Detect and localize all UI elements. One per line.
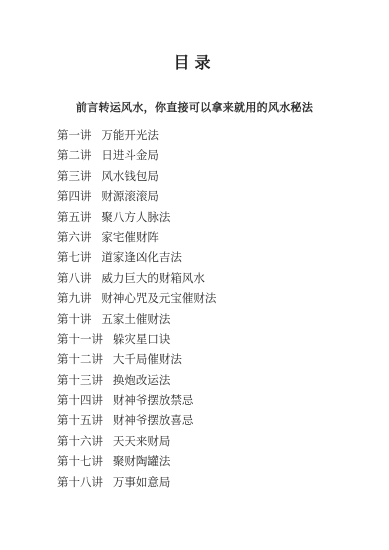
toc-chapter-number: 第十讲 bbox=[57, 310, 92, 330]
toc-chapter-number: 第六讲 bbox=[57, 228, 92, 248]
page-title: 目录 bbox=[0, 0, 389, 73]
toc-chapter-title: 换炮改运法 bbox=[113, 371, 171, 391]
toc-chapter-title: 财神爷摆放喜忌 bbox=[113, 411, 194, 431]
toc-chapter-title: 万能开光法 bbox=[101, 126, 159, 146]
toc-chapter-title: 日进斗金局 bbox=[101, 146, 159, 166]
toc-item: 第二讲 日进斗金局 bbox=[57, 146, 369, 166]
toc-chapter-title: 万事如意局 bbox=[113, 473, 171, 493]
toc-chapter-number: 第二讲 bbox=[57, 146, 92, 166]
toc-item: 第六讲 家宅催财阵 bbox=[57, 228, 369, 248]
toc-item: 第十六讲 天天来财局 bbox=[57, 432, 369, 452]
page-subtitle: 前言转运风水，你直接可以拿来就用的风水秘法 bbox=[0, 73, 389, 115]
toc-chapter-number: 第十三讲 bbox=[57, 371, 103, 391]
toc-chapter-title: 聚财陶罐法 bbox=[113, 452, 171, 472]
toc-item: 第五讲 聚八方人脉法 bbox=[57, 208, 369, 228]
toc-chapter-title: 财神心咒及元宝催财法 bbox=[101, 289, 216, 309]
toc-chapter-title: 躲灾星口诀 bbox=[113, 330, 171, 350]
toc-chapter-number: 第三讲 bbox=[57, 167, 92, 187]
toc-chapter-number: 第七讲 bbox=[57, 248, 92, 268]
toc-item: 第十八讲 万事如意局 bbox=[57, 473, 369, 493]
toc-chapter-title: 威力巨大的财箱风水 bbox=[101, 269, 205, 289]
toc-chapter-number: 第十二讲 bbox=[57, 350, 103, 370]
toc-item: 第九讲 财神心咒及元宝催财法 bbox=[57, 289, 369, 309]
toc-chapter-number: 第八讲 bbox=[57, 269, 92, 289]
toc-item: 第七讲 道家逢凶化吉法 bbox=[57, 248, 369, 268]
toc-item: 第十三讲 换炮改运法 bbox=[57, 371, 369, 391]
toc-item: 第三讲 风水钱包局 bbox=[57, 167, 369, 187]
toc-chapter-number: 第九讲 bbox=[57, 289, 92, 309]
toc-item: 第十五讲 财神爷摆放喜忌 bbox=[57, 411, 369, 431]
toc-item: 第十七讲 聚财陶罐法 bbox=[57, 452, 369, 472]
toc-chapter-number: 第五讲 bbox=[57, 208, 92, 228]
toc-chapter-title: 财源滚滚局 bbox=[101, 187, 159, 207]
toc-chapter-number: 第十六讲 bbox=[57, 432, 103, 452]
toc-item: 第十讲 五家土催财法 bbox=[57, 310, 369, 330]
toc-item: 第十二讲 大千局催财法 bbox=[57, 350, 369, 370]
toc-chapter-title: 聚八方人脉法 bbox=[101, 208, 170, 228]
toc-chapter-title: 家宅催财阵 bbox=[101, 228, 159, 248]
toc-item: 第一讲 万能开光法 bbox=[57, 126, 369, 146]
toc-chapter-title: 天天来财局 bbox=[113, 432, 171, 452]
toc-item: 第四讲 财源滚滚局 bbox=[57, 187, 369, 207]
toc-chapter-number: 第十五讲 bbox=[57, 411, 103, 431]
document-page: 目录 前言转运风水，你直接可以拿来就用的风水秘法 第一讲 万能开光法 第二讲 日… bbox=[0, 0, 389, 550]
toc-chapter-title: 道家逢凶化吉法 bbox=[101, 248, 182, 268]
toc-item: 第十一讲 躲灾星口诀 bbox=[57, 330, 369, 350]
toc-chapter-number: 第四讲 bbox=[57, 187, 92, 207]
toc-chapter-number: 第十七讲 bbox=[57, 452, 103, 472]
toc-item: 第十四讲 财神爷摆放禁忌 bbox=[57, 391, 369, 411]
toc-chapter-number: 第十八讲 bbox=[57, 473, 103, 493]
toc-item: 第八讲 威力巨大的财箱风水 bbox=[57, 269, 369, 289]
toc-chapter-title: 五家土催财法 bbox=[101, 310, 170, 330]
toc-chapter-title: 大千局催财法 bbox=[113, 350, 182, 370]
toc-chapter-number: 第十一讲 bbox=[57, 330, 103, 350]
toc-chapter-title: 风水钱包局 bbox=[101, 167, 159, 187]
toc-chapter-number: 第十四讲 bbox=[57, 391, 103, 411]
toc-list: 第一讲 万能开光法 第二讲 日进斗金局 第三讲 风水钱包局 第四讲 财源滚滚局 … bbox=[57, 126, 369, 493]
toc-chapter-title: 财神爷摆放禁忌 bbox=[113, 391, 194, 411]
toc-chapter-number: 第一讲 bbox=[57, 126, 92, 146]
